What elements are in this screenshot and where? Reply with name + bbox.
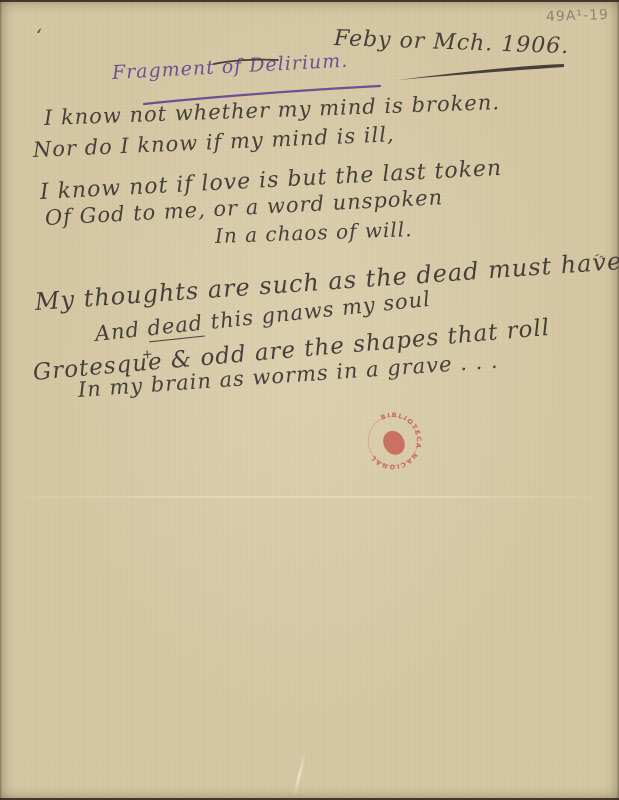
manuscript-page: 49A¹-19 ‘ Feby or Mch. 1906. Fragment of… [0,0,619,800]
poem-line: In a chaos of will. [215,217,413,248]
stray-pen-mark: ‘ [36,26,43,47]
paper-fold-line [0,496,619,498]
stamp-emblem [379,427,409,459]
underlined-word: dead [146,311,204,343]
paper-edge-top [0,0,619,2]
ink-flourish-dash [394,58,566,84]
library-stamp: BIBLIOTECA NACIONAL [351,399,435,483]
manuscript-scan: 49A¹-19 ‘ Feby or Mch. 1906. Fragment of… [0,0,619,800]
paper-crease [292,752,306,797]
date-line: Feby or Mch. 1906. [334,26,570,59]
poem-line: I know not whether my mind is broken. [44,90,501,130]
title-overline-stroke [212,56,282,68]
archive-reference: 49A¹-19 [546,7,609,25]
poem-line-fragment: And [94,317,149,346]
